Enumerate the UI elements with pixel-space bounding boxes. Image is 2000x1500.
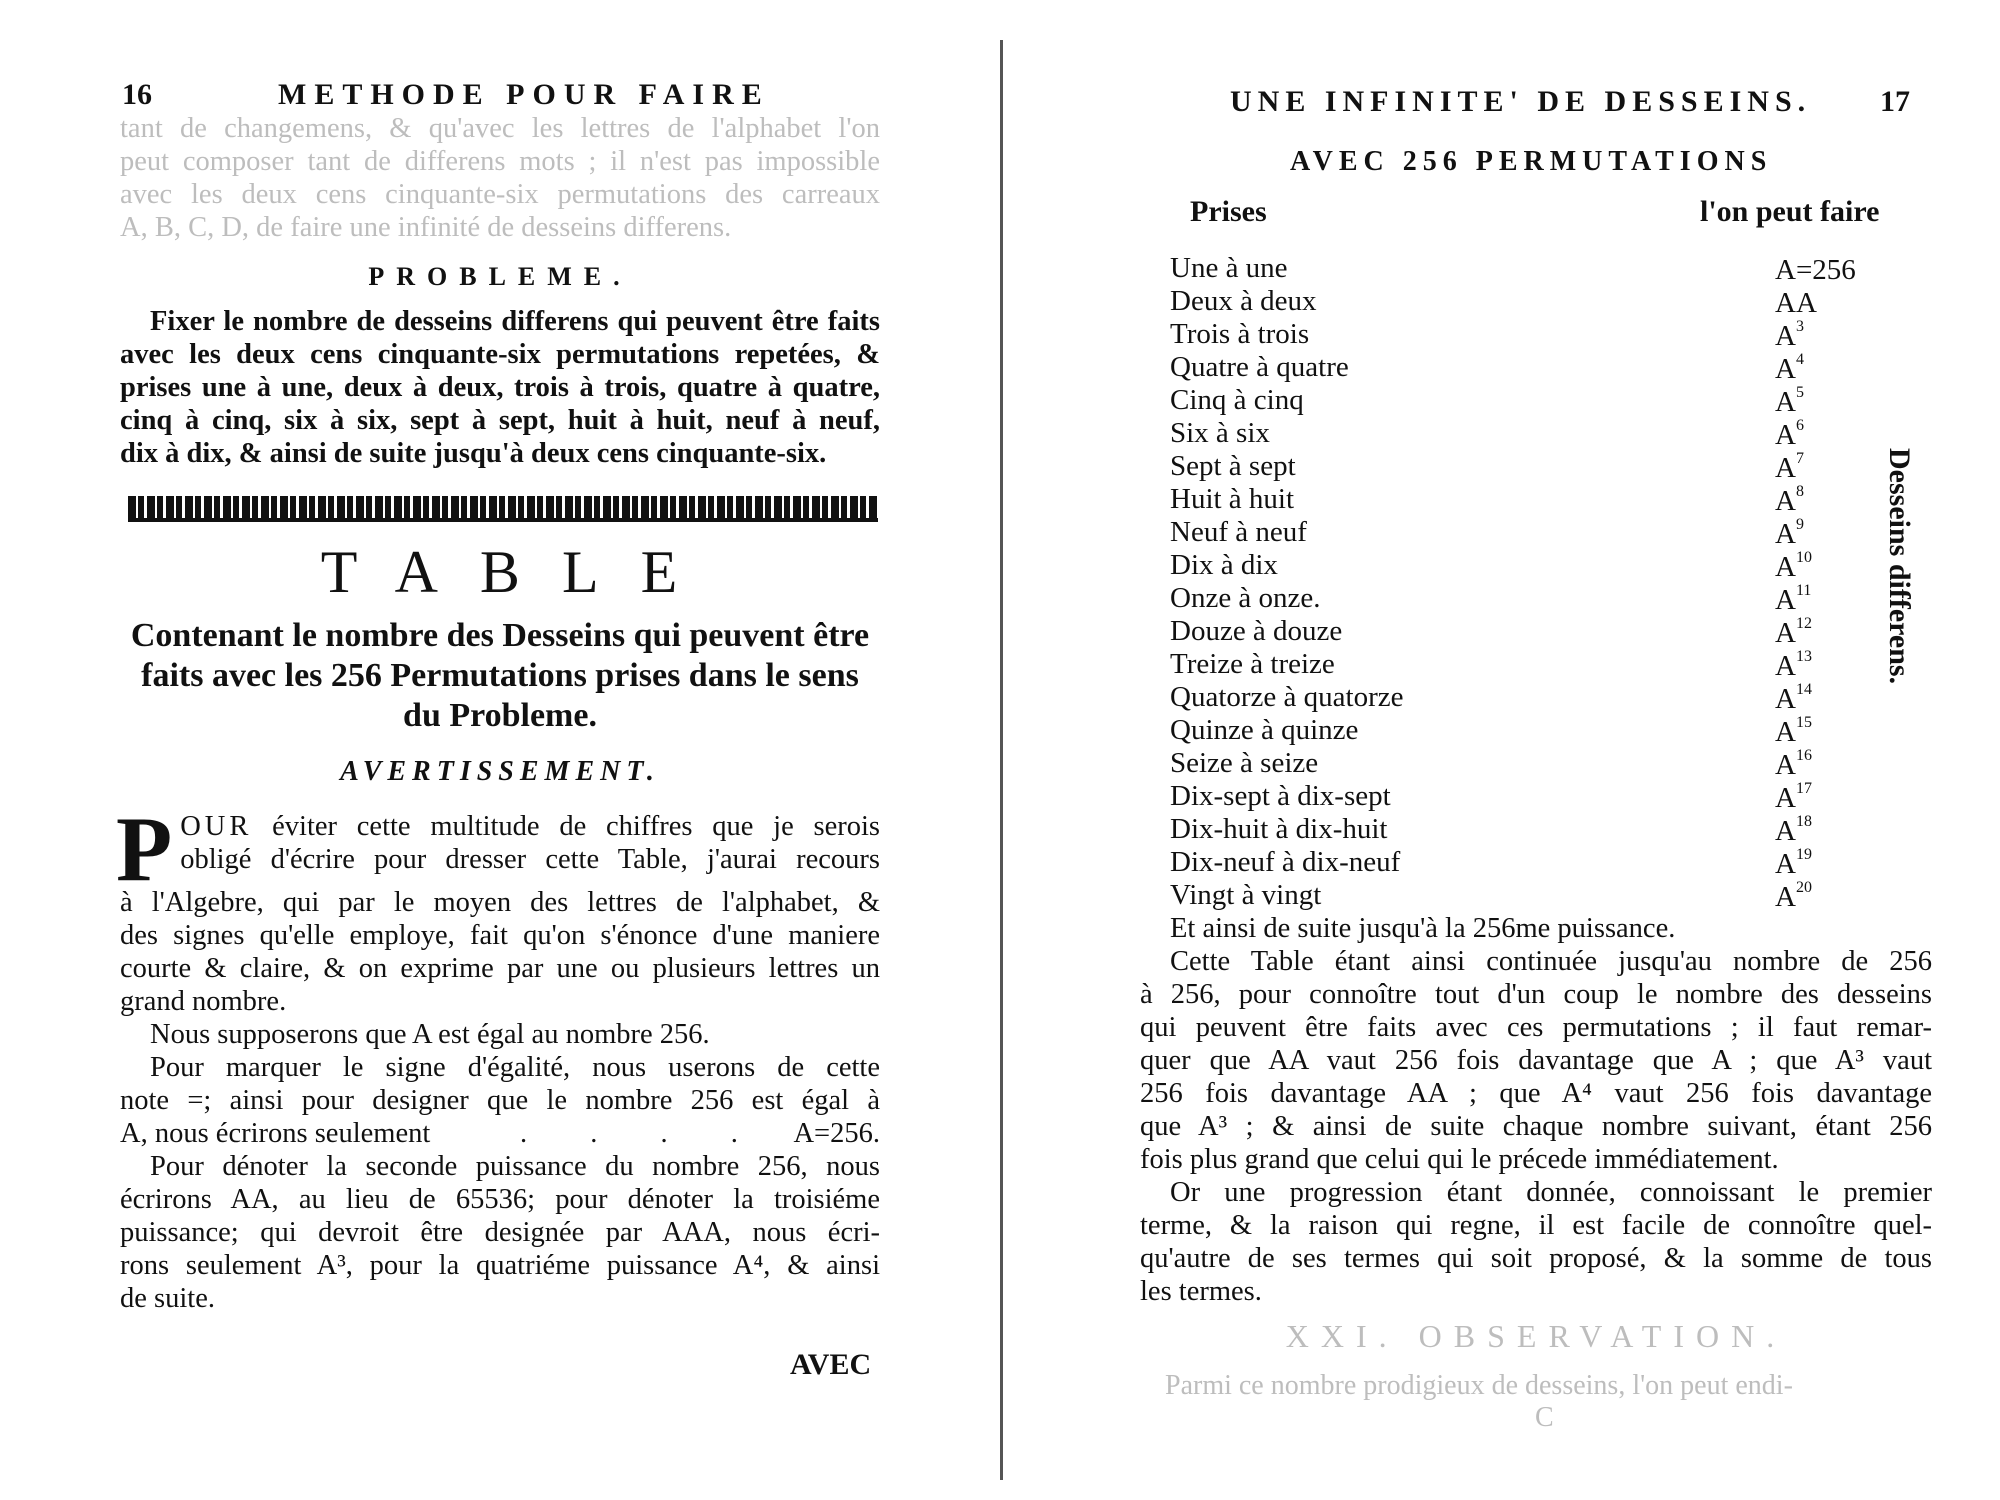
table-row: Cinq à cinqA5	[1170, 384, 1950, 417]
table-row: Neuf à neufA9	[1170, 516, 1950, 549]
row-label: Onze à onze.	[1170, 582, 1321, 615]
table-subtitle: Contenant le nombre des Desseins qui peu…	[120, 616, 880, 736]
text-line: les termes.	[1140, 1275, 1932, 1308]
table-row: Deux à deuxAA	[1170, 285, 1950, 318]
table-row: Vingt à vingtA20	[1170, 879, 1950, 912]
table-row: Dix à dixA10	[1170, 549, 1950, 582]
ornamental-divider	[128, 496, 878, 522]
text-line: cinq à cinq, six à six, sept à sept, hui…	[120, 404, 880, 437]
table-row: Trois à troisA3	[1170, 318, 1950, 351]
text-line: A, nous écrirons seulement	[120, 1117, 430, 1150]
avertissement-text: P OUR éviter cette multitude de chiffres…	[120, 810, 880, 1315]
table-row: Dix-sept à dix-septA17	[1170, 780, 1950, 813]
row-label: Dix-sept à dix-sept	[1170, 780, 1391, 813]
table-heading: AVEC 256 PERMUTATIONS	[1290, 146, 1772, 178]
row-value: A4	[1775, 351, 1804, 386]
right-body-text: Et ainsi de suite jusqu'à la 256me puiss…	[1140, 912, 1932, 1308]
text-line: de suite.	[120, 1282, 880, 1315]
catchword: AVEC	[790, 1348, 871, 1382]
text-line: prises une à une, deux à deux, trois à t…	[120, 371, 880, 404]
row-value: A5	[1775, 384, 1804, 419]
text-line: des signes qu'elle employe, fait qu'on s…	[120, 919, 880, 952]
problem-heading: PROBLEME.	[120, 262, 880, 292]
text-line: tant de changemens, & qu'avec les lettre…	[120, 112, 880, 145]
row-value: A7	[1775, 450, 1804, 485]
page-number: 17	[1880, 85, 1910, 119]
row-label: Dix-huit à dix-huit	[1170, 813, 1387, 846]
text-line: terme, & la raison qui regne, il est fac…	[1140, 1209, 1932, 1242]
row-label: Cinq à cinq	[1170, 384, 1304, 417]
text-line: A, B, C, D, de faire une infinité de des…	[120, 211, 880, 244]
drop-cap: P	[116, 812, 172, 886]
row-value: AA	[1775, 285, 1817, 320]
text-line: Or une progression étant donnée, connois…	[1140, 1176, 1932, 1209]
text-line: avec les deux cens cinquante-six permuta…	[120, 178, 880, 211]
signature-mark: C	[1535, 1402, 1554, 1434]
table-row: Une à uneA=256	[1170, 252, 1950, 285]
text-line: 256 fois davantage AA ; que A⁴ vaut 256 …	[1140, 1077, 1932, 1110]
table-row: Seize à seizeA16	[1170, 747, 1950, 780]
table-row: Douze à douzeA12	[1170, 615, 1950, 648]
row-label: Huit à huit	[1170, 483, 1294, 516]
text-line: Cette Table étant ainsi continuée jusqu'…	[1140, 945, 1932, 978]
row-label: Treize à treize	[1170, 648, 1335, 681]
text-line: à l'Algebre, qui par le moyen des lettre…	[120, 886, 880, 919]
table-row: Dix-neuf à dix-neufA19	[1170, 846, 1950, 879]
text-line: Et ainsi de suite jusqu'à la 256me puiss…	[1140, 912, 1932, 945]
table-row: Treize à treizeA13	[1170, 648, 1950, 681]
row-value: A16	[1775, 747, 1812, 782]
row-value: A11	[1775, 582, 1811, 617]
text-line: Fixer le nombre de desseins differens qu…	[120, 305, 880, 338]
text-line: grand nombre.	[120, 985, 880, 1018]
row-value: A18	[1775, 813, 1812, 848]
row-label: Six à six	[1170, 417, 1270, 450]
row-value: A8	[1775, 483, 1804, 518]
table-row: Quatre à quatreA4	[1170, 351, 1950, 384]
powers-table: Une à uneA=256 Deux à deuxAA Trois à tro…	[1170, 252, 1950, 912]
row-label: Dix-neuf à dix-neuf	[1170, 846, 1400, 879]
table-row: Quatorze à quatorzeA14	[1170, 681, 1950, 714]
text-line: Pour marquer le signe d'égalité, nous us…	[120, 1051, 880, 1084]
side-label-desseins: Desseins differens.	[1882, 448, 1916, 684]
running-head: UNE INFINITE' DE DESSEINS.	[1230, 85, 1811, 119]
row-label: Deux à deux	[1170, 285, 1317, 318]
running-head: METHODE POUR FAIRE	[278, 78, 770, 112]
row-label: Vingt à vingt	[1170, 879, 1321, 912]
faded-observation-heading: XXI. OBSERVATION.	[1140, 1318, 1932, 1355]
avertissement-heading: AVERTISSEMENT.	[120, 756, 880, 788]
row-value: A10	[1775, 549, 1812, 584]
table-row: Sept à septA7	[1170, 450, 1950, 483]
row-label: Quatorze à quatorze	[1170, 681, 1403, 714]
row-value: A20	[1775, 879, 1812, 914]
row-value: A=256	[1775, 252, 1856, 287]
row-label: Seize à seize	[1170, 747, 1318, 780]
row-label: Douze à douze	[1170, 615, 1342, 648]
column-header-prises: Prises	[1190, 195, 1267, 229]
text-line: qui peuvent être faits avec ces permutat…	[1140, 1011, 1932, 1044]
row-value: A12	[1775, 615, 1812, 650]
row-value: A17	[1775, 780, 1812, 815]
row-label: Quinze à quinze	[1170, 714, 1358, 747]
text-line: écrirons AA, au lieu de 65536; pour déno…	[120, 1183, 880, 1216]
row-label: Dix à dix	[1170, 549, 1278, 582]
table-row: Six à sixA6	[1170, 417, 1950, 450]
text-line: quer que AA vaut 256 fois davantage que …	[1140, 1044, 1932, 1077]
text-line: note =; ainsi pour designer que le nombr…	[120, 1084, 880, 1117]
row-value: A19	[1775, 846, 1812, 881]
row-value: A9	[1775, 516, 1804, 551]
table-row: Huit à huitA8	[1170, 483, 1950, 516]
formula-line: A, nous écrirons seulement . . . . A=256…	[120, 1117, 880, 1150]
text-line: fois plus grand que celui qui le précede…	[1140, 1143, 1932, 1176]
formula: A=256.	[793, 1117, 880, 1150]
text-line: éviter cette multitude de chiffres que j…	[252, 811, 880, 842]
row-label: Sept à sept	[1170, 450, 1296, 483]
row-value: A13	[1775, 648, 1812, 683]
text-line: courte & claire, & on exprime par une ou…	[120, 952, 880, 985]
row-label: Trois à trois	[1170, 318, 1309, 351]
row-value: A15	[1775, 714, 1812, 749]
text-line: Nous supposerons que A est égal au nombr…	[120, 1018, 880, 1051]
row-value: A14	[1775, 681, 1812, 716]
text-line: Pour dénoter la seconde puissance du nom…	[120, 1150, 880, 1183]
row-label: Quatre à quatre	[1170, 351, 1349, 384]
table-row: Dix-huit à dix-huitA18	[1170, 813, 1950, 846]
text-line: que A³ ; & ainsi de suite chaque nombre …	[1140, 1110, 1932, 1143]
page-number: 16	[122, 78, 152, 112]
text-line: dix à dix, & ainsi de suite jusqu'à deux…	[120, 437, 880, 470]
text-line: puissance; qui devroit être designée par…	[120, 1216, 880, 1249]
first-word: OUR	[180, 811, 252, 842]
text-line: à 256, pour connoître tout d'un coup le …	[1140, 978, 1932, 1011]
text-line: obligé d'écrire pour dresser cette Table…	[120, 843, 880, 876]
table-row: Onze à onze.A11	[1170, 582, 1950, 615]
row-value: A3	[1775, 318, 1804, 353]
faded-text-line: Parmi ce nombre prodigieux de desseins, …	[1165, 1370, 1925, 1402]
text-line: rons seulement A³, pour la quatriéme pui…	[120, 1249, 880, 1282]
text-line: peut composer tant de differens mots ; i…	[120, 145, 880, 178]
text-line: du Probleme.	[120, 696, 880, 736]
table-row: Quinze à quinzeA15	[1170, 714, 1950, 747]
problem-text: Fixer le nombre de desseins differens qu…	[120, 305, 880, 470]
table-title: TABLE	[120, 538, 920, 607]
left-page: 16 METHODE POUR FAIRE tant de changemens…	[0, 0, 1000, 1500]
right-page: UNE INFINITE' DE DESSEINS. 17 AVEC 256 P…	[1000, 0, 2000, 1500]
row-value: A6	[1775, 417, 1804, 452]
row-label: Neuf à neuf	[1170, 516, 1307, 549]
leader-dots: . . . .	[520, 1117, 766, 1150]
text-line: faits avec les 256 Permutations prises d…	[120, 656, 880, 696]
text-line: Contenant le nombre des Desseins qui peu…	[120, 616, 880, 656]
faded-carryover-text: tant de changemens, & qu'avec les lettre…	[120, 112, 880, 244]
text-line: avec les deux cens cinquante-six permuta…	[120, 338, 880, 371]
row-label: Une à une	[1170, 252, 1288, 285]
column-header-result: l'on peut faire	[1700, 195, 1879, 229]
text-line: qu'autre de ses termes qui soit proposé,…	[1140, 1242, 1932, 1275]
